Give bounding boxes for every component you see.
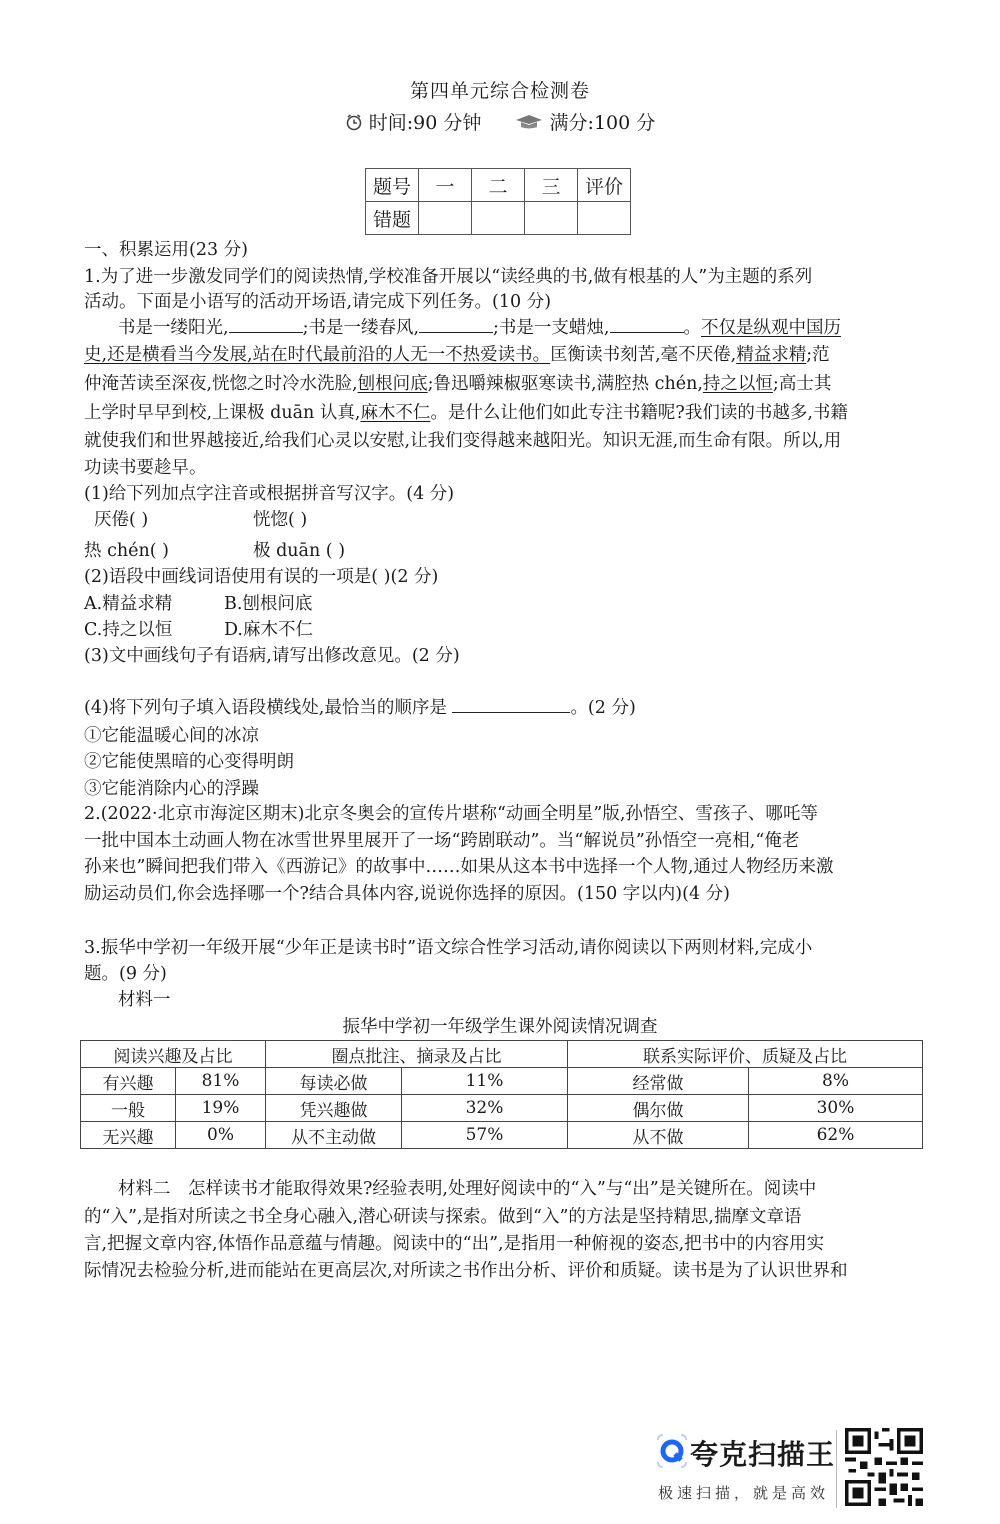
q3-line1: 3.振华中学初一年级开展“少年正是读书时”语文综合性学习活动,请你阅读以下两则材… xyxy=(84,935,812,961)
fill-blank-3[interactable] xyxy=(610,316,684,333)
cell: 题号 xyxy=(366,169,419,202)
exam-meta: 时间:90 分钟 满分:100 分 xyxy=(0,108,1000,136)
cell: 错题 xyxy=(366,202,419,235)
text: ;书是一支蜡烛, xyxy=(493,318,609,338)
answer-cell[interactable] xyxy=(525,202,578,235)
underlined-term-c: 持之以恒 xyxy=(703,374,773,394)
material2-line4: 际情况去检验分析,进而能站在更高层次,对所读之书作出分析、评价和质疑。读书是为了… xyxy=(84,1258,848,1284)
sub3-prompt: (3)文中画线句子有语病,请写出修改意见。(2 分) xyxy=(84,643,460,669)
cell: 从不做 xyxy=(568,1122,749,1149)
underlined-sentence: 不仅是纵观中国历 xyxy=(701,318,841,338)
header-cell: 阅读兴趣及占比 xyxy=(81,1041,266,1068)
score-table-row-errors: 错题 xyxy=(366,202,631,235)
cell: 凭兴趣做 xyxy=(266,1095,402,1122)
cell: 19% xyxy=(176,1095,266,1122)
cell: 81% xyxy=(176,1068,266,1095)
cell: 从不主动做 xyxy=(266,1122,402,1149)
material2-line2: 的“入”,是指对所读之书全身心融入,潜心研读与探索。做到“入”的方法是坚持精思,… xyxy=(84,1204,801,1230)
cell: 无兴趣 xyxy=(81,1122,176,1149)
option-c[interactable]: C.持之以恒 xyxy=(84,617,172,643)
cell: 57% xyxy=(402,1122,568,1149)
text: 仲淹苦读至深夜,恍惚之时冷水洗脸, xyxy=(84,374,358,394)
option-b[interactable]: B.刨根问底 xyxy=(224,591,312,617)
q3-line2: 题。(9 分) xyxy=(84,961,167,987)
q2-line3: 孙来也”瞬间把我们带入《西游记》的故事中……如果从这本书中选择一个人物,通过人物… xyxy=(84,854,834,880)
text: 匡衡读书刻苦,毫不厌倦, xyxy=(550,345,736,365)
header-cell: 圈点批注、摘录及占比 xyxy=(266,1041,568,1068)
order-blank[interactable] xyxy=(452,696,570,713)
page-title: 第四单元综合检测卷 xyxy=(0,76,1000,103)
survey-table: 阅读兴趣及占比 圈点批注、摘录及占比 联系实际评价、质疑及占比 有兴趣 81% … xyxy=(80,1040,923,1149)
sub1-prompt: (1)给下列加点字注音或根据拼音写汉字。(4 分) xyxy=(84,481,454,507)
underlined-term-a: 精益求精 xyxy=(736,345,806,365)
header-cell: 联系实际评价、质疑及占比 xyxy=(568,1041,923,1068)
cell: 30% xyxy=(749,1095,923,1122)
cell: 一 xyxy=(419,169,472,202)
cell: 偶尔做 xyxy=(568,1095,749,1122)
graduation-cap-icon xyxy=(514,113,544,135)
sub4-item-3: ③它能消除内心的浮躁 xyxy=(84,776,259,802)
sub2-prompt: (2)语段中画线词语使用有误的一项是( )(2 分) xyxy=(84,564,438,590)
passage-line4: 上学时早早到校,上课极 duān 认真,麻木不仁。是什么让他们如此专注书籍呢?我… xyxy=(84,400,848,426)
passage-line1: 书是一缕阳光,;书是一缕春风,;书是一支蜡烛,。不仅是纵观中国历 xyxy=(118,315,841,341)
cell: 62% xyxy=(749,1122,923,1149)
cell: 0% xyxy=(176,1122,266,1149)
q1-intro-line2: 活动。下面是小语写的活动开场语,请完成下列任务。(10 分) xyxy=(84,289,551,315)
cell: 经常做 xyxy=(568,1068,749,1095)
cell: 8% xyxy=(749,1068,923,1095)
material1-label: 材料一 xyxy=(118,987,171,1013)
sub1-item-2[interactable]: 恍惚( ) xyxy=(253,507,307,533)
text: (4)将下列句子填入语段横线处,最恰当的顺序是 xyxy=(84,698,447,718)
material2-line1: 材料二 怎样读书才能取得效果?经验表明,处理好阅读中的“入”与“出”是关键所在。… xyxy=(118,1176,816,1202)
sub4-item-2: ②它能使黑暗的心变得明朗 xyxy=(84,749,294,775)
fill-blank-2[interactable] xyxy=(419,316,493,333)
clock-icon xyxy=(345,113,363,136)
q2-line2: 一批中国本土动画人物在冰雪世界里展开了一场“跨剧联动”。当“解说员”孙悟空一亮相… xyxy=(84,828,799,854)
table-row: 一般 19% 凭兴趣做 32% 偶尔做 30% xyxy=(81,1095,923,1122)
time-limit: 时间:90 分钟 xyxy=(369,112,482,134)
underlined-term-b: 刨根问底 xyxy=(358,374,428,394)
sub1-item-3[interactable]: 热 chén( ) xyxy=(84,538,169,564)
passage-line5: 就使我们和世界越接近,给我们心灵以安慰,让我们变得越来越阳光。知识无涯,而生命有… xyxy=(84,428,841,454)
cell: 三 xyxy=(525,169,578,202)
quark-logo-icon xyxy=(655,1432,689,1476)
score-table: 题号 一 二 三 评价 错题 xyxy=(365,168,631,235)
cell: 每读必做 xyxy=(266,1068,402,1095)
section-heading: 一、积累运用(23 分) xyxy=(84,237,248,263)
passage-line2: 史,还是横看当今发展,站在时代最前沿的人无一不热爱读书。匡衡读书刻苦,毫不厌倦,… xyxy=(84,342,830,368)
sub1-item-4[interactable]: 极 duān ( ) xyxy=(253,538,345,564)
text: 。 xyxy=(684,318,702,338)
text: ;鲁迅嚼辣椒驱寒读书,满腔热 chén, xyxy=(428,374,703,394)
text: ;书是一缕春风, xyxy=(303,318,419,338)
underlined-term-d: 麻木不仁 xyxy=(360,403,430,423)
sub1-item-1[interactable]: 厌倦( ) xyxy=(94,507,148,533)
full-score: 满分:100 分 xyxy=(550,112,656,134)
passage-line3: 仲淹苦读至深夜,恍惚之时冷水洗脸,刨根问底;鲁迅嚼辣椒驱寒读书,满腔热 chén… xyxy=(84,371,831,397)
answer-cell[interactable] xyxy=(472,202,525,235)
brand-slogan: 极速扫描，就是高效 xyxy=(658,1482,829,1503)
material2-line3: 言,把握文章内容,体悟作品意蕴与情趣。阅读中的“出”,是指用一种俯视的姿态,把书… xyxy=(84,1231,824,1257)
underlined-sentence: 史,还是横看当今发展,站在时代最前沿的人无一不热爱读书。 xyxy=(84,345,550,365)
q1-intro-line1: 1.为了进一步激发同学们的阅读热情,学校准备开展以“读经典的书,做有根基的人”为… xyxy=(84,264,812,290)
brand-name: 夸克扫描王 xyxy=(690,1433,835,1473)
score-table-row-header: 题号 一 二 三 评价 xyxy=(366,169,631,202)
survey-header-row: 阅读兴趣及占比 圈点批注、摘录及占比 联系实际评价、质疑及占比 xyxy=(81,1041,923,1068)
cell: 评价 xyxy=(578,169,631,202)
text: 书是一缕阳光, xyxy=(118,318,229,338)
divider xyxy=(836,1430,837,1508)
cell: 有兴趣 xyxy=(81,1068,176,1095)
q2-line1: 2.(2022·北京市海淀区期末)北京冬奥会的宣传片堪称“动画全明星”版,孙悟空… xyxy=(84,801,818,827)
option-d[interactable]: D.麻木不仁 xyxy=(224,617,313,643)
cell: 11% xyxy=(402,1068,568,1095)
fill-blank-1[interactable] xyxy=(229,316,303,333)
survey-title: 振华中学初一年级学生课外阅读情况调查 xyxy=(0,1014,1000,1040)
text: 上学时早早到校,上课极 duān 认真, xyxy=(84,403,360,423)
option-a[interactable]: A.精益求精 xyxy=(84,591,172,617)
text: ;高士其 xyxy=(773,374,831,394)
cell: 32% xyxy=(402,1095,568,1122)
q2-line4: 励运动员们,你会选择哪一个?结合具体内容,说说你选择的原因。(150 字以内)(… xyxy=(84,881,730,907)
text: 。是什么让他们如此专注书籍呢?我们读的书越多,书籍 xyxy=(430,403,847,423)
sub4-item-1: ①它能温暖心间的冰凉 xyxy=(84,723,259,749)
cell: 一般 xyxy=(81,1095,176,1122)
text: ;范 xyxy=(806,345,829,365)
cell: 二 xyxy=(472,169,525,202)
sub4-prompt: (4)将下列句子填入语段横线处,最恰当的顺序是 。(2 分) xyxy=(84,695,636,721)
passage-line6: 功读书要趁早。 xyxy=(84,455,207,481)
text: 。(2 分) xyxy=(570,698,635,718)
answer-cell[interactable] xyxy=(419,202,472,235)
qr-code-icon xyxy=(845,1428,923,1506)
table-row: 无兴趣 0% 从不主动做 57% 从不做 62% xyxy=(81,1122,923,1149)
answer-cell[interactable] xyxy=(578,202,631,235)
table-row: 有兴趣 81% 每读必做 11% 经常做 8% xyxy=(81,1068,923,1095)
